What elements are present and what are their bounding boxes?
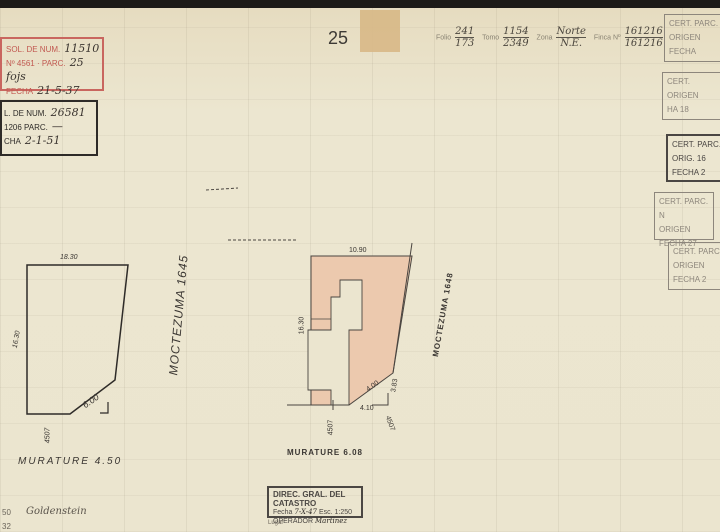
street-label-murature-left: MURATURE 4.50 [18,456,122,467]
right-side-dimension: 16.30 [298,317,305,335]
left-top-dimension: 18.30 [60,254,78,261]
right-top-dimension: 10.90 [349,247,367,254]
left-corner-mark [100,402,108,413]
left-lot-outline [27,265,128,414]
street-label-murature-right: MURATURE 6.08 [287,448,363,457]
cadastre-office-stamp: DIREC. GRAL. DEL CATASTRO Fecha 7-X-47 E… [267,486,363,518]
place-label: Lugar [268,520,283,526]
corner-notation: 50 32 [2,506,11,532]
left-lot-number: 4507 [44,428,51,444]
signature: Goldenstein [26,506,87,517]
right-lot-number: 4507 [327,420,334,436]
right-bottom-dimension: 4.10 [360,405,374,412]
